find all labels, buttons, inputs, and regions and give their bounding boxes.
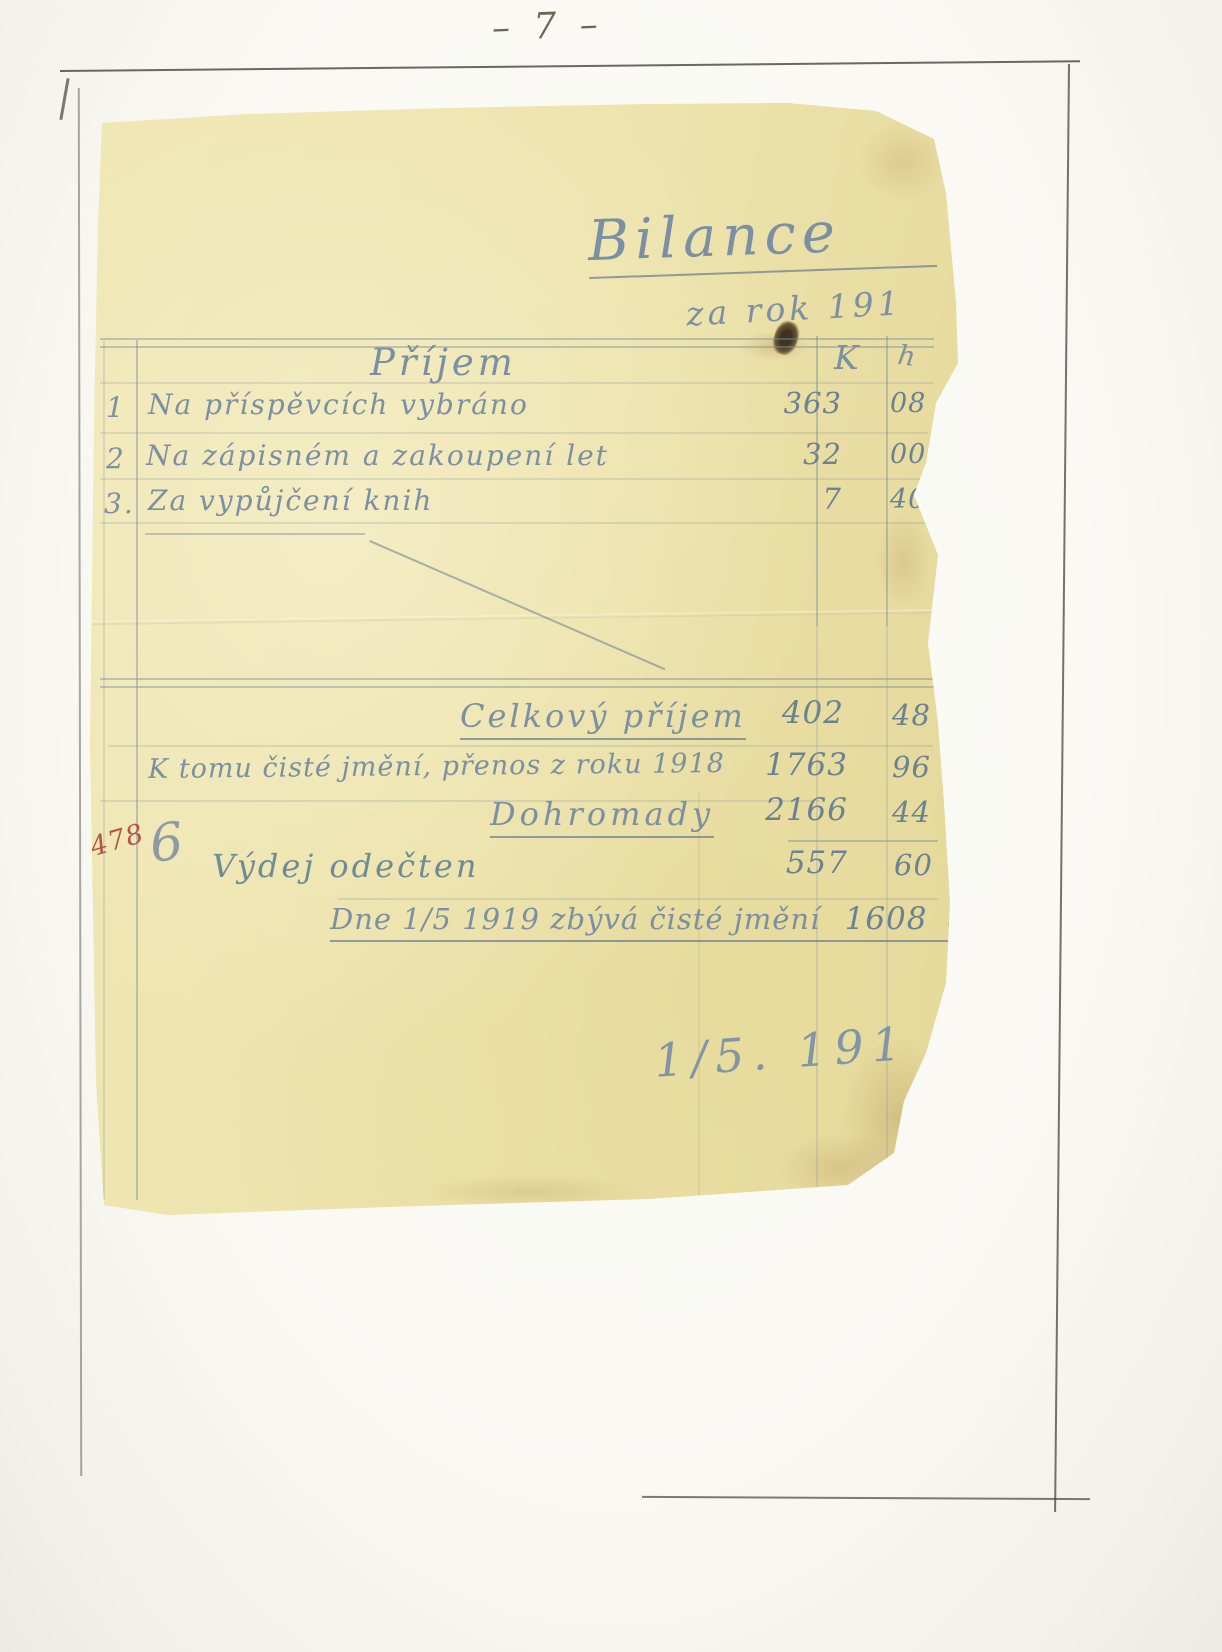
summary-label-altogether: Dohromady [490,795,714,838]
summary-amount-h: 96 [892,750,931,784]
document-title: Bilance [587,197,937,279]
short-closing-rule [145,533,365,535]
summary-label-total-income: Celkový příjem [460,697,746,740]
summary-amount-k: 2166 [764,792,848,828]
vydej-rule [338,898,938,900]
frame-right-line [1054,64,1070,1512]
frame-left-tick [59,78,69,120]
paper-left-edge-rule [103,340,105,1200]
summary-label-expenses-deducted: Výdej odečten [212,847,479,885]
stain-bottom-edge [418,1175,638,1209]
row-text: Na příspěvcích vybráno [148,388,529,421]
margin-annotation-pencil: 6 [147,811,188,874]
row-amount-h: 40 [890,484,926,515]
summary-amount-h: 48 [892,698,931,732]
summary-amount-k: 557 [774,845,848,881]
page-number: – 7 – [491,4,604,49]
row2-rule [100,478,932,480]
album-page-background: – 7 – B [0,0,1222,1652]
table-top-rule-1 [100,338,934,340]
stain-right-mid [876,513,931,608]
section-rule-2 [100,686,940,688]
table-top-rule-2 [100,346,934,348]
row-amount-k: 363 [776,386,842,420]
aged-paper-sheet: Bilance za rok 191 Příjem K h 1 Na přísp… [88,103,958,1218]
frame-bottom-line [642,1496,1090,1500]
diagonal-void-stroke [369,540,665,670]
stain-bottom-right [778,1133,908,1203]
row-amount-h: 00 [890,439,926,470]
summary-amount-k: 1763 [764,747,848,783]
summary-amount-h: 44 [892,795,931,829]
row-number: 1 [106,391,126,424]
document-subtitle: za rok 191 [685,283,903,333]
column-header-k: K [834,338,861,377]
row-amount-k: 7 [776,482,842,516]
horizontal-crease [88,609,958,625]
margin-annotation-red: 478 [87,818,148,863]
column-header-h: h [896,340,920,373]
closing-amount-h: 84 [948,902,987,936]
column-header-income: Příjem [370,341,517,384]
row-number: 3. [104,487,135,520]
row3-rule [100,522,930,524]
row-amount-h: 08 [890,388,926,419]
bottom-date: 1/5. 191 [652,1016,910,1088]
closing-text: Dne 1/5 1919 zbývá čisté jmění [330,902,820,936]
row-number: 2 [106,442,126,475]
stain-top-right [858,121,948,201]
summary-amount-h: 60 [894,848,933,882]
header-underrule [100,382,934,384]
margin-column-rule [136,340,138,1200]
vertical-crease [698,793,700,1203]
closing-amount-k: 1608 [845,901,928,937]
row1-rule [100,432,928,434]
summary-label-carryover: K tomu čisté jmění, přenos z roku 1918 [148,748,725,785]
k-column-rule-top [816,336,818,626]
h-column-rule-top [886,336,888,626]
closing-statement: Dne 1/5 1919 zbývá čisté jmění 1608 84 [330,901,987,942]
row-text: Za vypůjčení knih [148,484,433,517]
frame-top-line [60,60,1080,72]
dohromady-sum-underline [788,840,938,842]
row-text: Na zápisném a zakoupení let [146,439,609,472]
row-amount-k: 32 [776,437,842,471]
section-rule-1 [100,678,940,680]
summary-amount-k: 402 [774,695,844,731]
frame-left-line [78,88,82,1476]
